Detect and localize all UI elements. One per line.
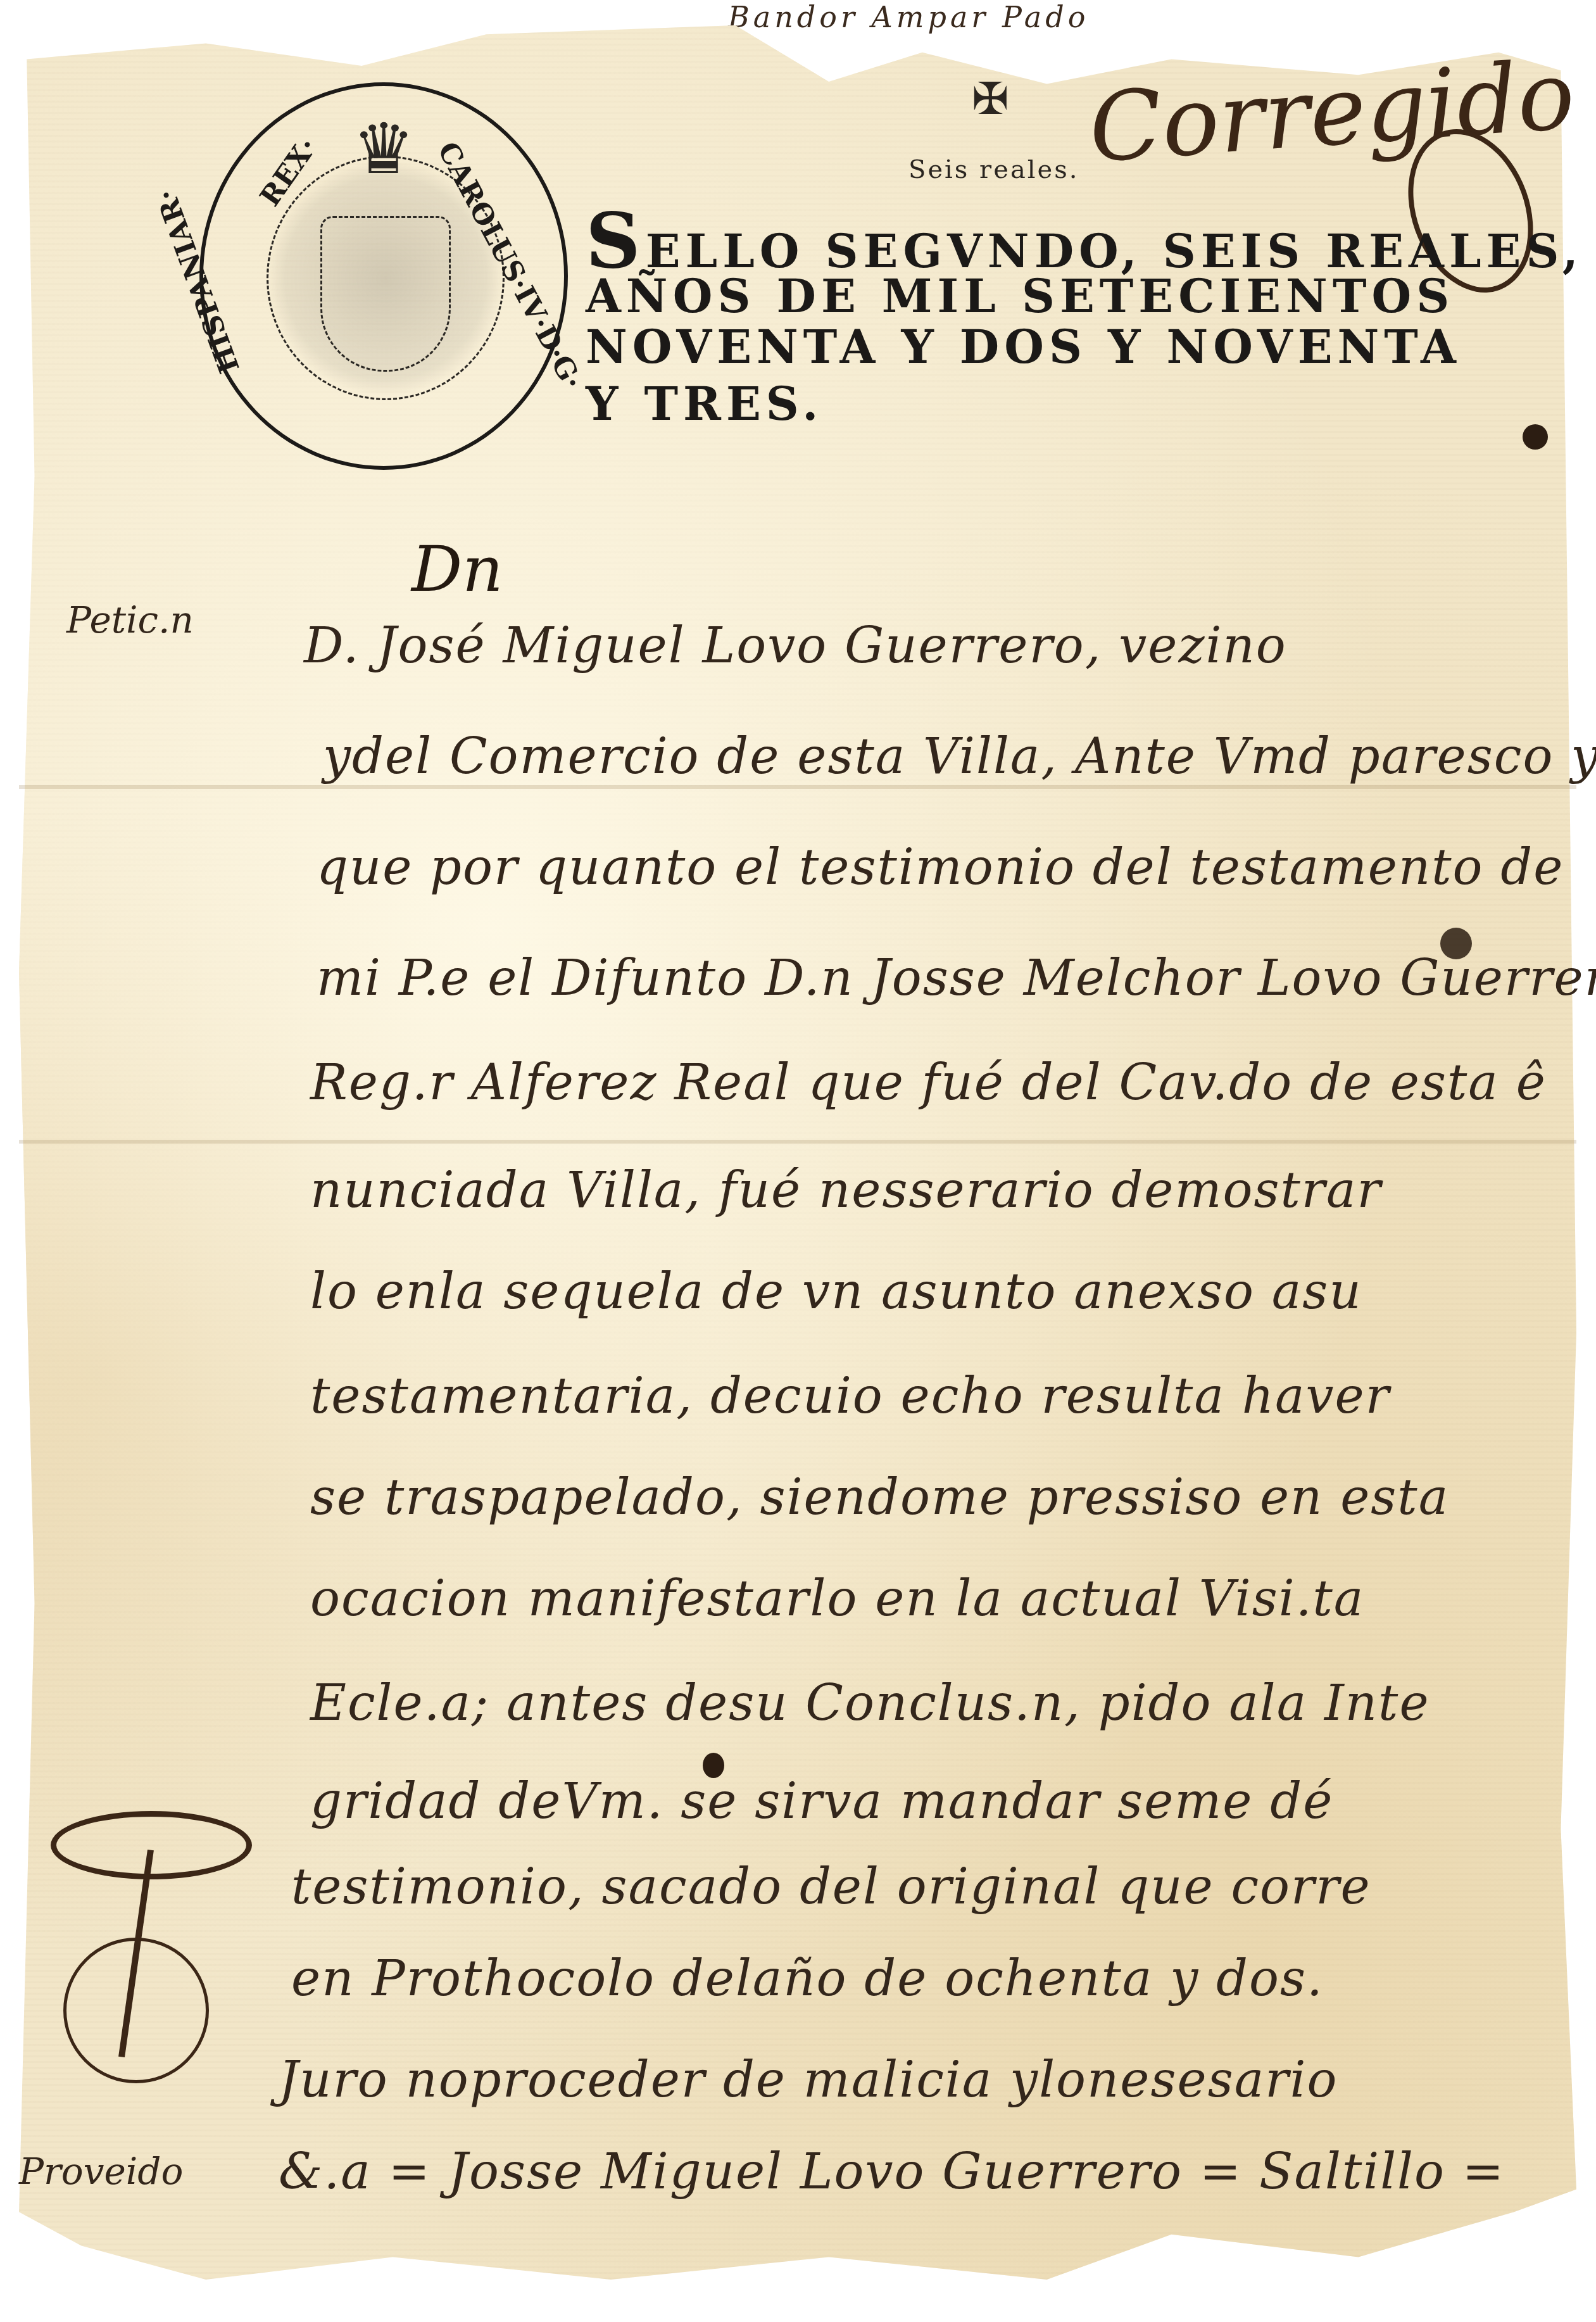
seal-legend-rex: REX·: [254, 132, 324, 212]
signature-rubric-icon: [44, 1811, 253, 2064]
body-line: en Prothocolo delaño de ochenta y dos.: [291, 1950, 1324, 2007]
body-line: mi P.e el Difunto D.n Josse Melchor Lovo…: [317, 950, 1596, 1007]
body-line: testimonio, sacado del original que corr…: [291, 1858, 1371, 1915]
body-line: &.a = Josse Miguel Lovo Guerrero = Salti…: [279, 2143, 1505, 2200]
margin-note-peticion: Petic.n: [66, 598, 194, 641]
seal-legend: CAROLUS·IV·D·G· HISPANIAR· REX·: [203, 86, 564, 466]
body-line: lo enla sequela de vn asunto anexso asu: [310, 1263, 1362, 1320]
cross-icon: ✠: [972, 73, 1009, 125]
body-line: nunciada Villa, fué nesserario demostrar: [310, 1162, 1382, 1219]
margin-note-proveido: Proveido: [19, 2150, 183, 2193]
body-line: gridad deVm. se sirva mandar seme dé: [310, 1773, 1333, 1830]
body-line: Reg.r Alferez Real que fué del Cav.do de…: [310, 1054, 1547, 1111]
torn-top-fragment-text: Bandor Ampar Pado: [728, 0, 1361, 25]
body-line: testamentaria, decuio echo resulta haver: [310, 1368, 1390, 1425]
body-line: Juro noproceder de malicia ylonesesario: [279, 2052, 1338, 2109]
printed-header-line-2: AÑOS DE MIL SETECIENTOS: [586, 269, 1454, 323]
ink-blot: [703, 1753, 724, 1778]
body-line: ocacion manifestarlo en la actual Visi.t…: [310, 1570, 1364, 1627]
fold-crease: [19, 785, 1576, 789]
body-line: Ecle.a; antes desu Conclus.n, pido ala I…: [310, 1675, 1430, 1732]
rubric-loop: [51, 1811, 252, 1879]
body-line: que por quanto el testimonio del testame…: [317, 839, 1564, 896]
printed-header-line-4: Y TRES.: [586, 377, 823, 431]
fold-crease: [19, 1140, 1576, 1144]
salutation-superscript: Dn: [412, 532, 503, 606]
rubric-loop: [63, 1938, 209, 2083]
royal-seal-stamp: ♛ CAROLUS·IV·D·G· HISPANIAR· REX·: [199, 82, 568, 470]
ink-blot: [1523, 424, 1548, 450]
body-line: D. José Miguel Lovo Guerrero, vezino: [304, 617, 1287, 674]
body-line: ydel Comercio de esta Villa, Ante Vmd pa…: [323, 728, 1596, 785]
body-line: se traspapelado, siendome pressiso en es…: [310, 1469, 1449, 1526]
printed-header-line-3: NOVENTA Y DOS Y NOVENTA: [586, 320, 1461, 374]
stamp-denomination: Seis reales.: [908, 155, 1079, 184]
